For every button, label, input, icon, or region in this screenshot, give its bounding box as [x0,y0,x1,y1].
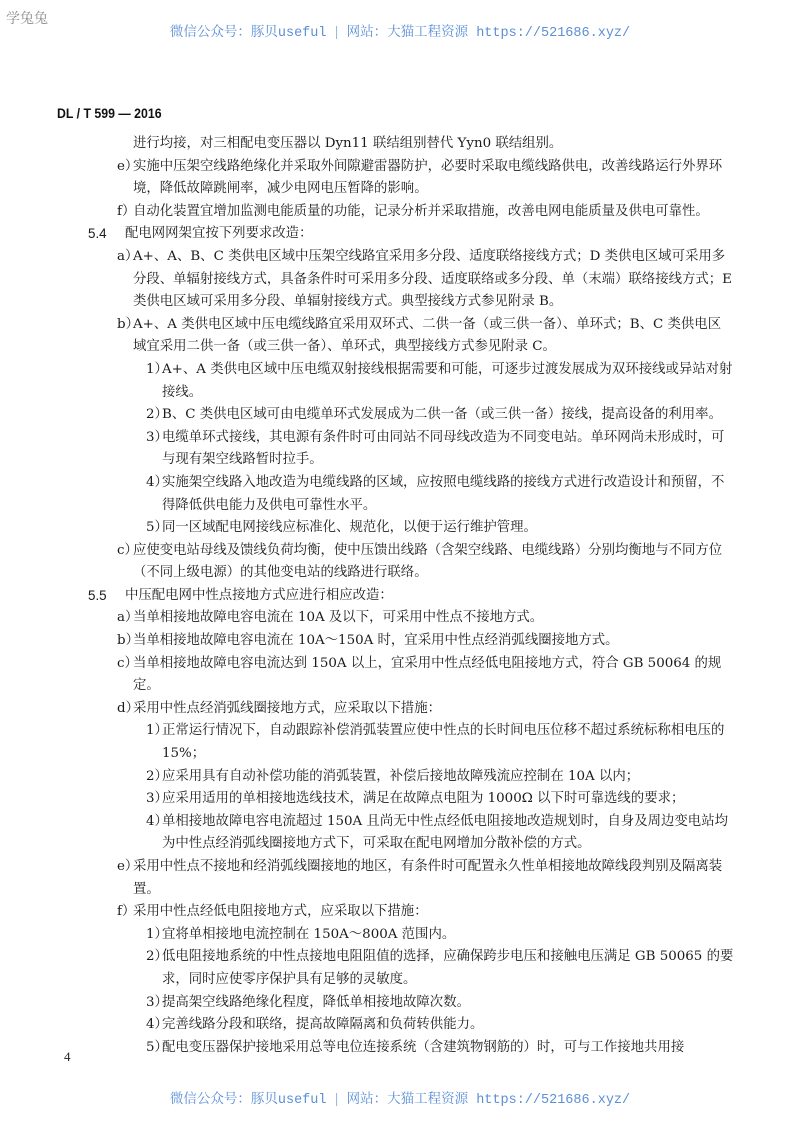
item-text: 采用中性点经低电阻接地方式，应采取以下措施： [133,901,733,924]
item-label: 2） [146,404,168,427]
continuation-paragraph: 进行均接，对三相配电变压器以 Dyn11 联结组别替代 Yyn0 联结组别。 [0,133,800,156]
item-label: d） [117,698,139,721]
item-text: 采用中性点经消弧线圈接地方式，应采取以下措施： [133,698,733,721]
list-item: 2）B、C 类供电区域可由电缆单环式发展成为二供一备（或三供一备）接线，提高设备… [0,404,800,427]
item-label: 4） [146,472,168,495]
page-number: 4 [64,1049,71,1065]
item-text: 完善线路分段和联络，提高故障隔离和负荷转供能力。 [162,1014,734,1037]
item-text: 实施中压架空线路绝缘化并采取外间隙避雷器防护，必要时采取电缆线路供电，改善线路运… [133,156,733,201]
bottom-watermark-banner: 微信公众号：豚贝useful|网站：大猫工程资源 https://521686.… [0,1087,800,1108]
document-body: 进行均接，对三相配电变压器以 Dyn11 联结组别替代 Yyn0 联结组别。e）… [0,133,800,1059]
document-code: DL / T 599 — 2016 [57,105,162,121]
item-label: 3） [146,788,168,811]
item-label: 4） [146,811,168,834]
item-label: a） [117,607,138,630]
item-label: e） [117,856,138,879]
list-item: e）实施中压架空线路绝缘化并采取外间隙避雷器防护，必要时采取电缆线路供电，改善线… [0,156,800,201]
item-text: 中压配电网中性点接地方式应进行相应改造： [125,585,735,608]
list-item: 1）宜将单相接地电流控制在 150A～800A 范围内。 [0,924,800,947]
item-text: 单相接地故障电容电流超过 150A 且尚无中性点经低电阻接地改造规划时，自身及周… [162,811,734,856]
item-text: 配电变压器保护接地采用总等电位连接系统（含建筑物钢筋的）时，可与工作接地共用接 [162,1037,734,1060]
item-label: 1） [146,359,168,382]
list-item: f）自动化装置宜增加监测电能质量的功能，记录分析并采取措施，改善电网电能质量及供… [0,201,800,224]
item-label: 3） [146,427,168,450]
site-text: 网站：大猫工程资源 https://521686.xyz/ [347,26,631,41]
item-label: f） [117,201,135,224]
item-text: 宜将单相接地电流控制在 150A～800A 范围内。 [162,924,734,947]
item-label: 5） [146,517,168,540]
list-item: 3）电缆单环式接线，其电源有条件时可由同站不同母线改造为不同变电站。单环网尚未形… [0,427,800,472]
list-item: 1）A+、A 类供电区域中压电缆双射接线根据需要和可能，可逐步过渡发展成为双环接… [0,359,800,404]
item-text: A+、A 类供电区域中压电缆线路宜采用双环式、二供一备（或三供一备）、单环式；B… [133,314,733,359]
list-item: a）当单相接地故障电容电流在 10A 及以下，可采用中性点不接地方式。 [0,607,800,630]
item-text: 提高架空线路绝缘化程度，降低单相接地故障次数。 [162,992,734,1015]
site-text: 网站：大猫工程资源 https://521686.xyz/ [347,1093,631,1108]
item-label: 5） [146,1037,168,1060]
section-clause: 5.4配电网网架宜按下列要求改造： [0,223,800,246]
item-text: 采用中性点不接地和经消弧线圈接地的地区，有条件时可配置永久性单相接地故障线段判别… [133,856,733,901]
list-item: 4）实施架空线路入地改造为电缆线路的区域，应按照电缆线路的接线方式进行改造设计和… [0,472,800,517]
item-text: A+、A 类供电区域中压电缆双射接线根据需要和可能，可逐步过渡发展成为双环接线或… [162,359,734,404]
list-item: a）A+、A、B、C 类供电区域中压架空线路宜采用多分段、适度联络接线方式；D … [0,246,800,314]
item-text: 当单相接地故障电容电流在 10A～150A 时，宜采用中性点经消弧线圈接地方式。 [133,630,733,653]
item-label: c） [117,540,138,563]
item-label: 5.5 [88,585,107,608]
item-text: 实施架空线路入地改造为电缆线路的区域，应按照电缆线路的接线方式进行改造设计和预留… [162,472,734,517]
list-item: f）采用中性点经低电阻接地方式，应采取以下措施： [0,901,800,924]
item-text: 进行均接，对三相配电变压器以 Dyn11 联结组别替代 Yyn0 联结组别。 [133,133,733,156]
list-item: c）当单相接地故障电容电流达到 150A 以上，宜采用中性点经低电阻接地方式，符… [0,653,800,698]
list-item: 5）同一区域配电网接线应标准化、规范化，以便于运行维护管理。 [0,517,800,540]
list-item: 2）低电阻接地系统的中性点接地电阻阻值的选择，应确保跨步电压和接触电压满足 GB… [0,946,800,991]
item-label: 4） [146,1014,168,1037]
item-label: 2） [146,766,168,789]
item-label: 5.4 [88,223,107,246]
list-item: e）采用中性点不接地和经消弧线圈接地的地区，有条件时可配置永久性单相接地故障线段… [0,856,800,901]
item-text: 同一区域配电网接线应标准化、规范化，以便于运行维护管理。 [162,517,734,540]
item-label: e） [117,156,138,179]
item-text: 应采用适用的单相接地选线技术，满足在故障点电阻为 1000Ω 以下时可靠选线的要… [162,788,734,811]
list-item: b）当单相接地故障电容电流在 10A～150A 时，宜采用中性点经消弧线圈接地方… [0,630,800,653]
item-label: a） [117,246,138,269]
item-text: A+、A、B、C 类供电区域中压架空线路宜采用多分段、适度联络接线方式；D 类供… [133,246,733,314]
item-label: b） [117,314,139,337]
item-label: 2） [146,946,168,969]
item-text: 当单相接地故障电容电流达到 150A 以上，宜采用中性点经低电阻接地方式，符合 … [133,653,733,698]
section-clause: 5.5中压配电网中性点接地方式应进行相应改造： [0,585,800,608]
item-text: 应使变电站母线及馈线负荷均衡，使中压馈出线路（含架空线路、电缆线路）分别均衡地与… [133,540,733,585]
item-label: c） [117,653,138,676]
list-item: 4）完善线路分段和联络，提高故障隔离和负荷转供能力。 [0,1014,800,1037]
item-text: 自动化装置宜增加监测电能质量的功能，记录分析并采取措施，改善电网电能质量及供电可… [133,201,733,224]
top-watermark-banner: 微信公众号：豚贝useful|网站：大猫工程资源 https://521686.… [0,20,800,41]
list-item: 2）应采用具有自动补偿功能的消弧装置，补偿后接地故障残流应控制在 10A 以内； [0,766,800,789]
item-text: B、C 类供电区域可由电缆单环式发展成为二供一备（或三供一备）接线，提高设备的利… [162,404,734,427]
item-text: 当单相接地故障电容电流在 10A 及以下，可采用中性点不接地方式。 [133,607,733,630]
item-label: 1） [146,720,168,743]
list-item: 5）配电变压器保护接地采用总等电位连接系统（含建筑物钢筋的）时，可与工作接地共用… [0,1037,800,1060]
wechat-text: 微信公众号：豚贝useful [170,26,327,41]
list-item: 3）应采用适用的单相接地选线技术，满足在故障点电阻为 1000Ω 以下时可靠选线… [0,788,800,811]
item-text: 应采用具有自动补偿功能的消弧装置，补偿后接地故障残流应控制在 10A 以内； [162,766,734,789]
wechat-text: 微信公众号：豚贝useful [170,1093,327,1108]
separator: | [332,26,340,41]
list-item: 4）单相接地故障电容电流超过 150A 且尚无中性点经低电阻接地改造规划时，自身… [0,811,800,856]
list-item: d）采用中性点经消弧线圈接地方式，应采取以下措施： [0,698,800,721]
list-item: 1）正常运行情况下，自动跟踪补偿消弧装置应使中性点的长时间电压位移不超过系统标称… [0,720,800,765]
item-text: 配电网网架宜按下列要求改造： [125,223,735,246]
item-text: 低电阻接地系统的中性点接地电阻阻值的选择，应确保跨步电压和接触电压满足 GB 5… [162,946,734,991]
item-text: 电缆单环式接线，其电源有条件时可由同站不同母线改造为不同变电站。单环网尚未形成时… [162,427,734,472]
item-label: 3） [146,992,168,1015]
list-item: c）应使变电站母线及馈线负荷均衡，使中压馈出线路（含架空线路、电缆线路）分别均衡… [0,540,800,585]
item-text: 正常运行情况下，自动跟踪补偿消弧装置应使中性点的长时间电压位移不超过系统标称相电… [162,720,734,765]
item-label: 1） [146,924,168,947]
item-label: f） [117,901,135,924]
separator: | [332,1093,340,1108]
item-label: b） [117,630,139,653]
list-item: b）A+、A 类供电区域中压电缆线路宜采用双环式、二供一备（或三供一备）、单环式… [0,314,800,359]
list-item: 3）提高架空线路绝缘化程度，降低单相接地故障次数。 [0,992,800,1015]
